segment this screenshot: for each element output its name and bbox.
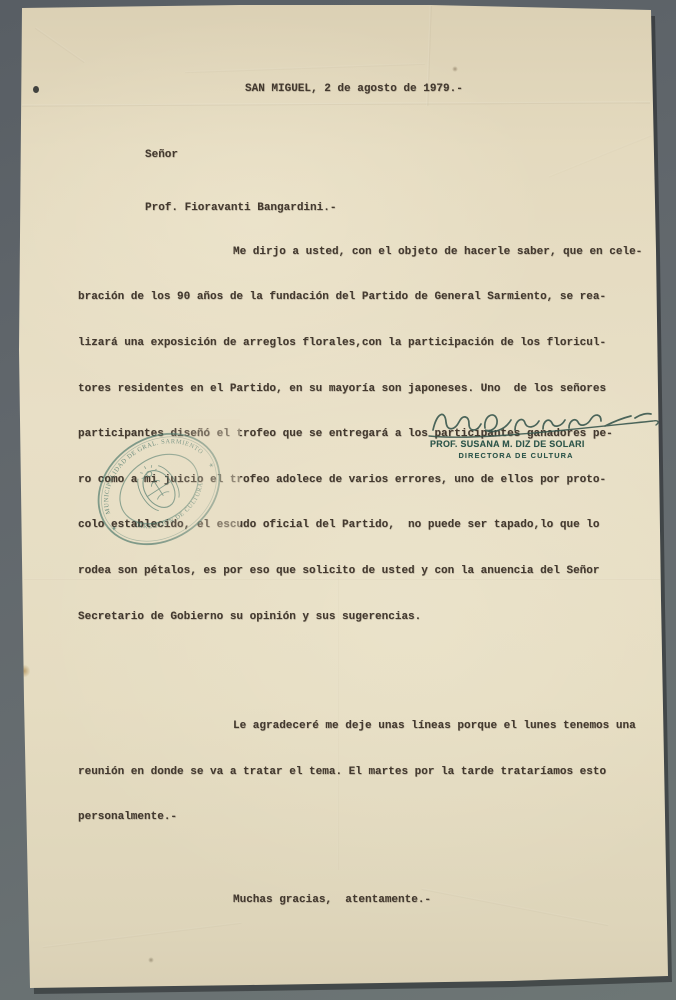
- svg-text:MUNICIPALIDAD DE GRAL. SARMIEN: MUNICIPALIDAD DE GRAL. SARMIENTO: [84, 419, 206, 517]
- paper-stain: [452, 66, 458, 72]
- paper-crease: [35, 27, 85, 63]
- body-line: tores residentes en el Partido, en su ma…: [78, 382, 638, 397]
- paper-crease: [549, 134, 652, 177]
- body-line: Me dirjo a usted, con el objeto de hacer…: [78, 245, 638, 260]
- paragraph-2: Le agradeceré me deje unas líneas porque…: [78, 689, 638, 856]
- document-photo-background: SAN MIGUEL, 2 de agosto de 1979.- Señor …: [0, 0, 676, 1000]
- body-line: rodea son pétalos, es por eso que solici…: [78, 564, 638, 579]
- letter-body: Me dirjo a usted, con el objeto de hacer…: [78, 184, 638, 939]
- paper-stain: [18, 664, 30, 678]
- closing-line: Muchas gracias, atentamente.-: [78, 893, 638, 908]
- seal-bottom-text: DIRECCIÓN DE CULTURA: [132, 479, 214, 544]
- svg-text:DIRECCIÓN DE CULTURA: DIRECCIÓN DE CULTURA: [132, 479, 214, 544]
- body-line: personalmente.-: [78, 810, 638, 825]
- body-line: Secretario de Gobierno su opinión y sus …: [78, 610, 638, 625]
- seal-top-text: MUNICIPALIDAD DE GRAL. SARMIENTO: [84, 419, 206, 517]
- paper-crease: [22, 101, 650, 106]
- body-line: lizará una exposición de arreglos floral…: [78, 336, 638, 351]
- signature-title-stamp: DIRECTORA DE CULTURA: [430, 451, 602, 460]
- official-seal: MUNICIPALIDAD DE GRAL. SARMIENTO DIRECCI…: [84, 419, 234, 561]
- paper-crease: [185, 63, 425, 73]
- body-line: bración de los 90 años de la fundación d…: [78, 290, 638, 305]
- letter-paper: SAN MIGUEL, 2 de agosto de 1979.- Señor …: [0, 0, 676, 1000]
- svg-text:✶: ✶: [207, 461, 216, 471]
- date-line: SAN MIGUEL, 2 de agosto de 1979.-: [245, 82, 463, 97]
- body-line: Le agradeceré me deje unas líneas porque…: [78, 719, 638, 734]
- paper-stain: [148, 957, 154, 963]
- coat-of-arms-icon: [129, 457, 185, 516]
- body-line: reunión en donde se va a tratar el tema.…: [78, 765, 638, 780]
- salutation: Señor: [145, 147, 336, 165]
- signature-name-stamp: PROF. SUSANA M. DIZ DE SOLARI: [430, 439, 597, 449]
